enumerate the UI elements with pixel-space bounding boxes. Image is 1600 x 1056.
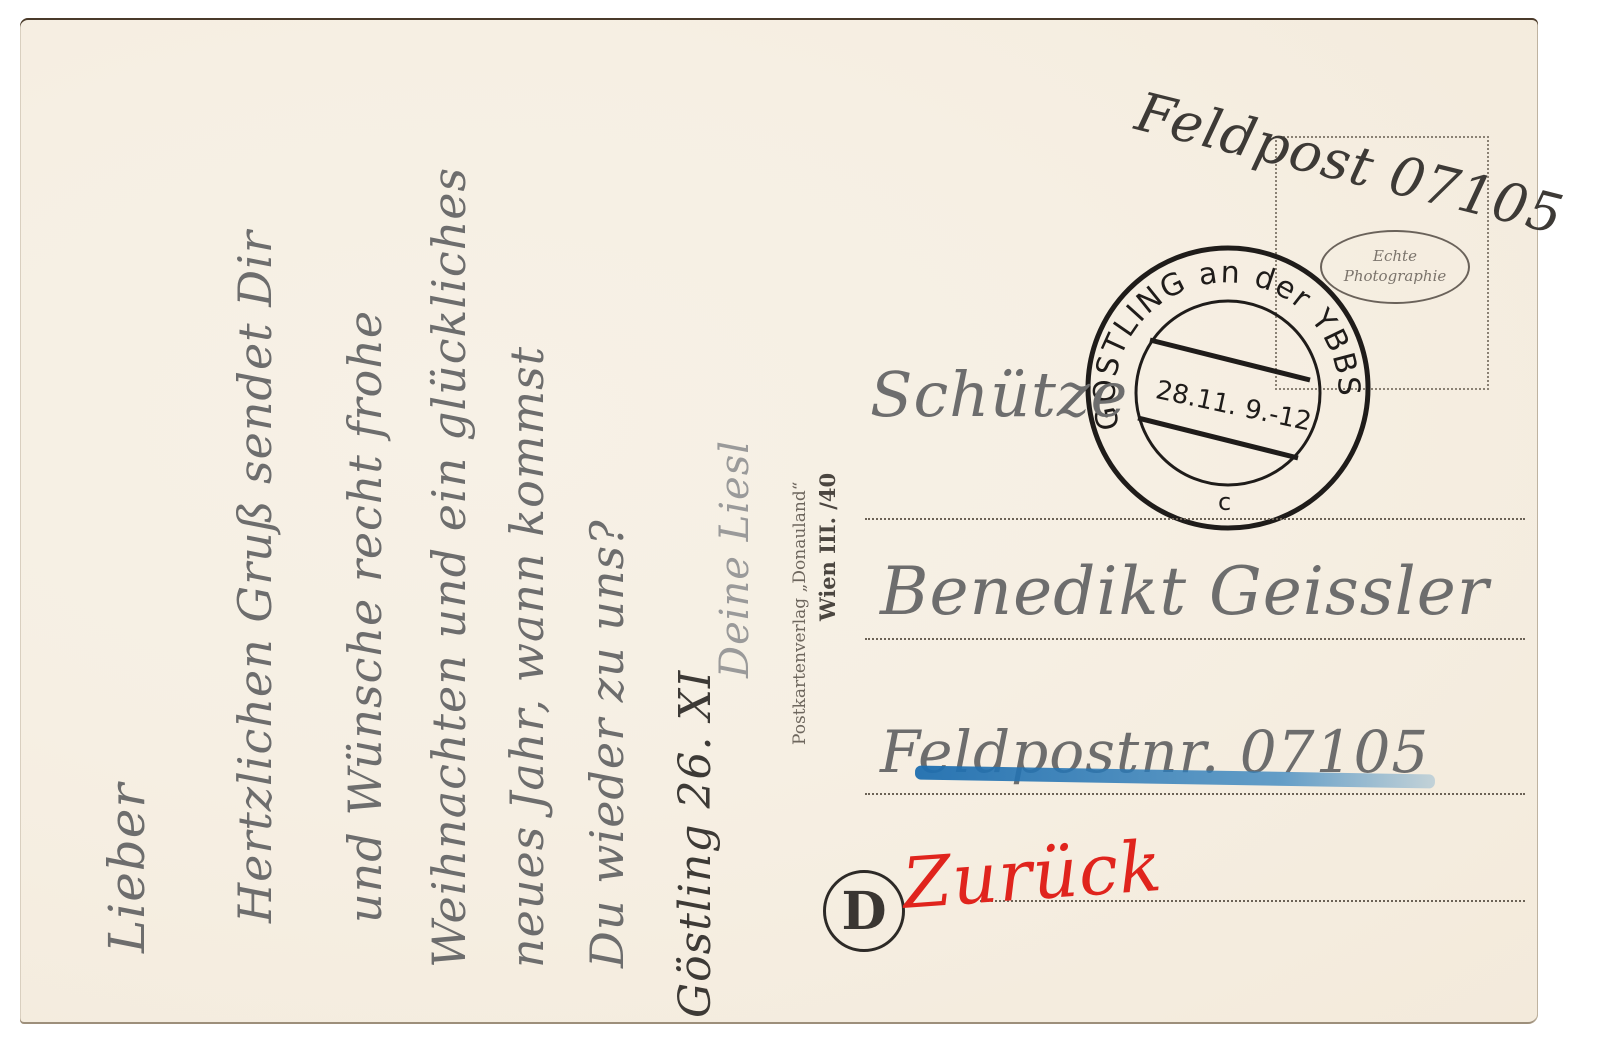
address-rule-2 <box>865 638 1525 640</box>
letter-line-2: und Wünsche recht frohe <box>338 310 392 923</box>
postcard: Lieber Hertzlichen Gruß sendet Dir und W… <box>20 18 1538 1024</box>
letter-line-4: neues Jahr, wann kommst <box>500 346 554 968</box>
address-rank: Schütze <box>870 358 1128 431</box>
letter-signature: Deine Liesl <box>712 440 758 678</box>
letter-salutation: Lieber <box>98 783 156 953</box>
letter-place-date: Göstling 26. XI <box>670 670 721 1018</box>
letter-line-1: Hertzlichen Gruß sendet Dir <box>228 230 282 923</box>
return-to-sender-mark: Zurück <box>900 825 1165 925</box>
postmark-letter: c <box>1218 488 1231 516</box>
address-rule-3 <box>865 793 1525 795</box>
publisher-line-2: Wien III. /40 <box>815 473 840 621</box>
address-rule-1 <box>865 518 1525 520</box>
publisher-line-1: Postkartenverlag „Donauland“ <box>790 482 810 745</box>
address-name: Benedikt Geissler <box>880 553 1489 630</box>
letter-line-3: Weihnachten und ein glückliches <box>422 167 476 968</box>
letter-line-5: Du wieder zu uns? <box>580 519 634 968</box>
d-circle-mark: D <box>823 870 905 952</box>
